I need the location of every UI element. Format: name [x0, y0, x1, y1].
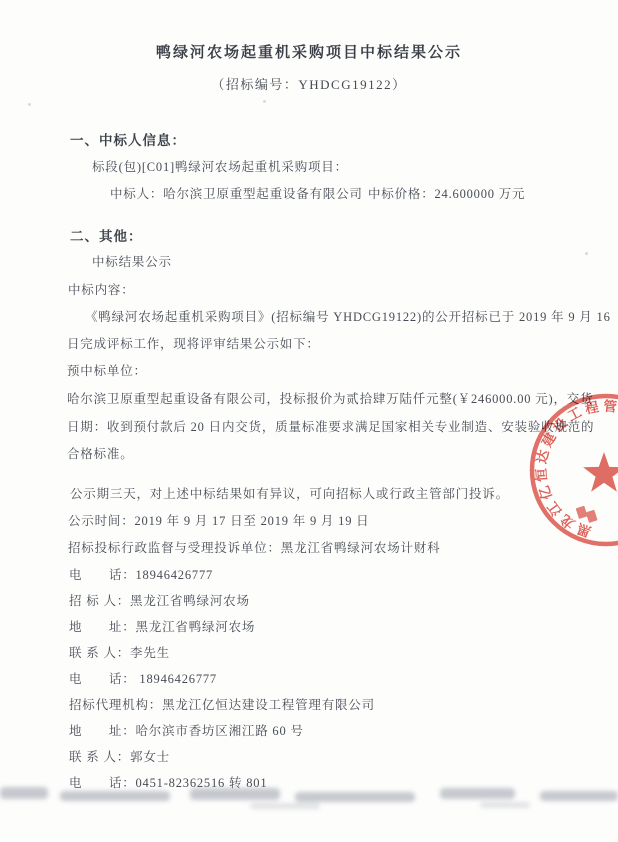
document-title: 鸭绿河农场起重机采购项目中标结果公示 — [0, 41, 618, 62]
contact-tenderer: 招 标 人：黑龙江省鸭绿河农场 — [69, 591, 250, 609]
scanned-document-page: 鸭绿河农场起重机采购项目中标结果公示 （招标编号：YHDCG19122） 一、中… — [0, 0, 618, 842]
scan-speck — [28, 103, 31, 106]
paragraph2-line2: 日期：收到预付款后 20 日内交货，质量标准要求满足国家相关专业制造、安装验收规… — [67, 417, 594, 435]
ink-bleed-through-band — [0, 783, 618, 809]
scan-speck — [585, 252, 588, 255]
contact-agency: 招标代理机构：黑龙江亿恒达建设工程管理有限公司 — [69, 695, 375, 713]
supervision-unit: 招标投标行政监督与受理投诉单位：黑龙江省鸭绿河农场计财科 — [68, 538, 440, 556]
scan-speck — [263, 100, 266, 103]
contact-phone-1: 电 话：18946426777 — [69, 565, 213, 583]
tender-number: （招标编号：YHDCG19122） — [0, 74, 618, 93]
contact-address-2: 地 址：哈尔滨市香坊区湘江路 60 号 — [69, 721, 304, 739]
paragraph2-line1: 哈尔滨卫原重型起重设备有限公司，投标报价为贰拾肆万陆仟元整(￥246000.00… — [67, 389, 593, 407]
lot-line: 标段(包)[C01]鸭绿河农场起重机采购项目： — [92, 157, 348, 175]
contact-person-2: 联 系 人：郭女士 — [69, 747, 170, 765]
price-line: 中标价格：24.600000 万元 — [368, 184, 525, 202]
contact-person-1: 联 系 人：李先生 — [69, 643, 170, 661]
pre-winner-label: 预中标单位： — [67, 361, 147, 379]
result-subheading: 中标结果公示 — [92, 252, 172, 270]
section2-heading: 二、其他： — [70, 225, 143, 245]
red-company-seal: 黑龙江亿恒达建设工程管理有限公司 — [520, 380, 618, 560]
publicity-period: 公示时间：2019 年 9 月 17 日至 2019 年 9 月 19 日 — [68, 511, 369, 529]
contact-address-1: 地 址：黑龙江省鸭绿河农场 — [69, 617, 255, 635]
content-label: 中标内容： — [68, 280, 135, 298]
seal-star-icon — [583, 452, 618, 492]
objection-notice: 公示期三天，对上述中标结果如有异议，可向招标人或行政主管部门投诉。 — [70, 484, 509, 502]
winner-line: 中标人：哈尔滨卫原重型起重设备有限公司 — [110, 184, 363, 202]
paragraph1-line1: 《鸭绿河农场起重机采购项目》(招标编号 YHDCG19122)的公开招标已于 2… — [85, 307, 611, 325]
paragraph2-line3: 合格标准。 — [67, 444, 134, 462]
section1-heading: 一、中标人信息： — [70, 129, 186, 149]
contact-phone-2: 电 话： 18946426777 — [69, 669, 217, 687]
paragraph1-line2: 日完成评标工作，现将评审结果公示如下： — [67, 334, 320, 352]
